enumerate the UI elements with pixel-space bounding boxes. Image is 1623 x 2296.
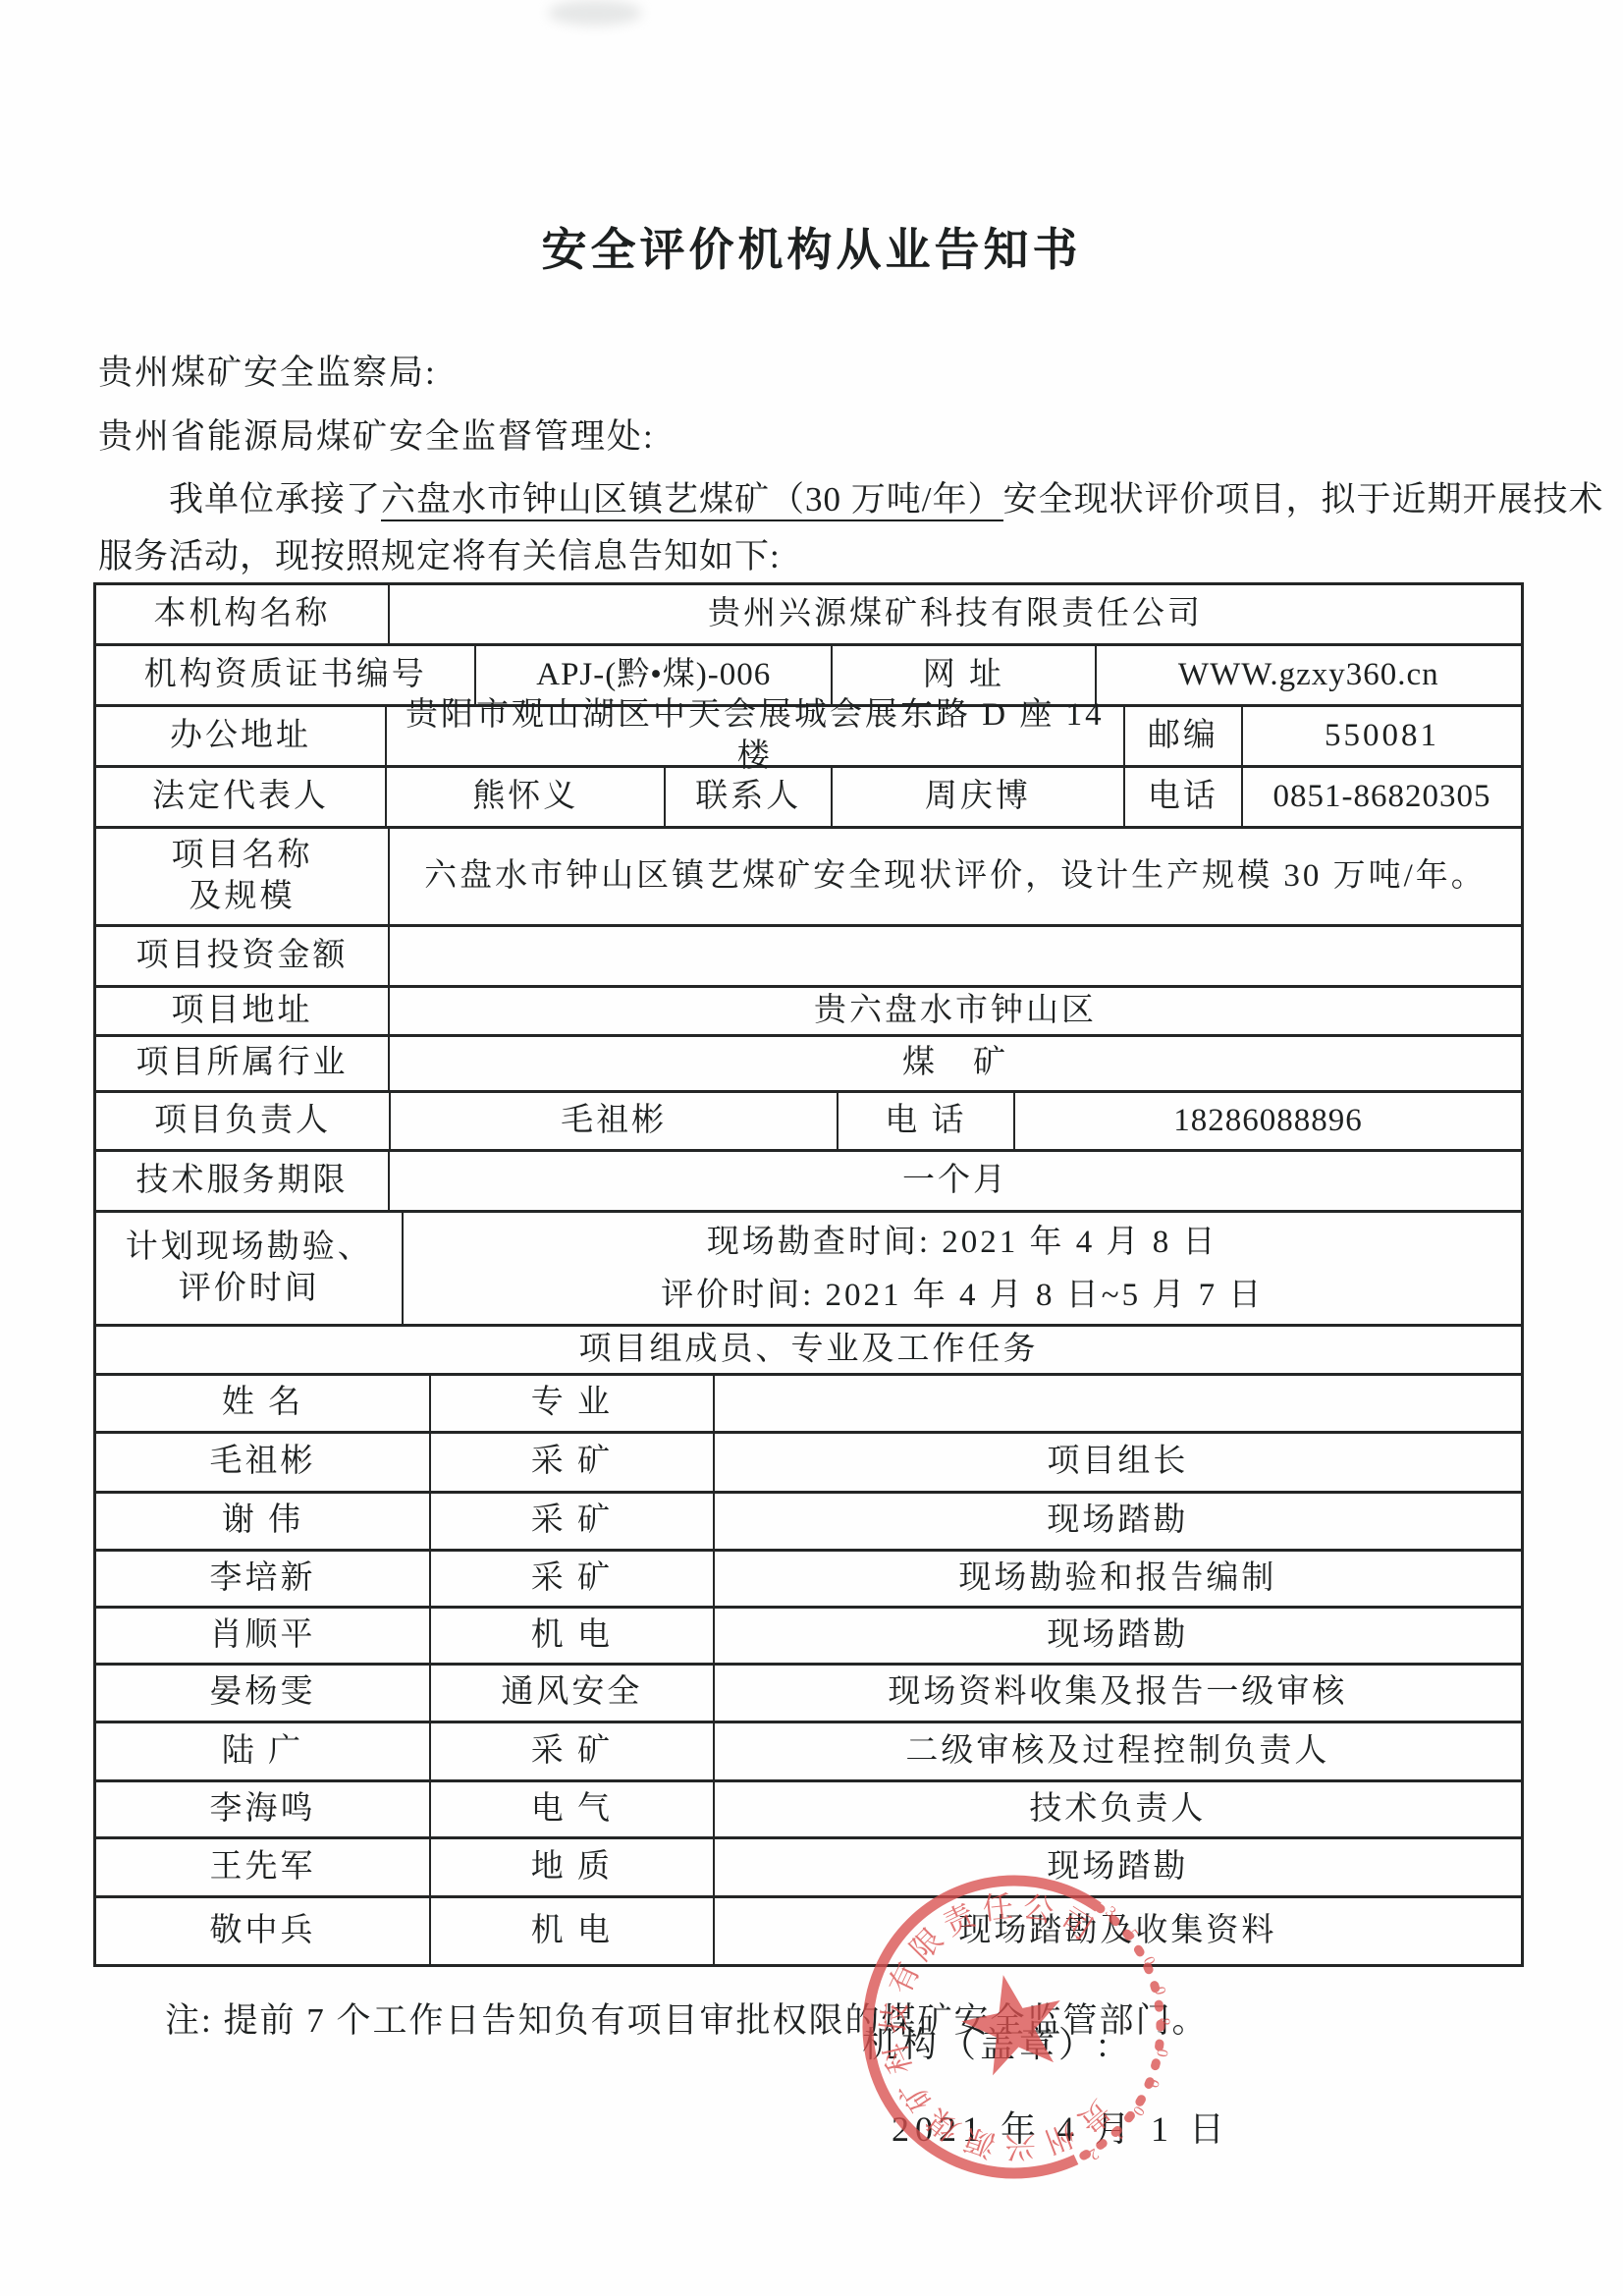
row-team-header: 姓 名 专 业 bbox=[96, 1376, 1521, 1434]
member-major: 采 矿 bbox=[431, 1494, 715, 1549]
document-page: 安全评价机构从业告知书 贵州煤矿安全监察局: 贵州省能源局煤矿安全监督管理处: … bbox=[0, 0, 1623, 2296]
intro-paragraph: 我单位承接了六盘水市钟山区镇艺煤矿（30 万吨/年）安全现状评价项目，拟于近期开… bbox=[98, 471, 1534, 585]
phone-label: 电话 bbox=[1125, 768, 1243, 826]
evaluation-time: 评价时间: 2021 年 4 月 8 日~5 月 7 日 bbox=[661, 1269, 1264, 1322]
industry-value: 煤 矿 bbox=[390, 1037, 1521, 1090]
member-major: 机 电 bbox=[431, 1609, 715, 1663]
info-table: 本机构名称 贵州兴源煤矿科技有限责任公司 机构资质证书编号 APJ-(黔•煤)-… bbox=[93, 582, 1524, 1967]
schedule-label: 计划现场勘验、 评价时间 bbox=[96, 1213, 404, 1324]
office-label: 办公地址 bbox=[96, 707, 387, 765]
member-task: 项目组长 bbox=[715, 1434, 1521, 1491]
star-icon bbox=[954, 1964, 1073, 2079]
schedule-label-line1: 计划现场勘验、 bbox=[126, 1228, 373, 1268]
investment-value bbox=[390, 927, 1521, 985]
row-project-leader: 项目负责人 毛祖彬 电 话 18286088896 bbox=[96, 1093, 1521, 1152]
member-task: 二级审核及过程控制负责人 bbox=[715, 1723, 1521, 1779]
project-leader-label: 项目负责人 bbox=[96, 1093, 391, 1149]
row-office: 办公地址 贵阳市观山湖区中天会展城会展东路 D 座 14 楼 邮编 550081 bbox=[96, 707, 1521, 768]
intro-line-1: 我单位承接了六盘水市钟山区镇艺煤矿（30 万吨/年）安全现状评价项目，拟于近期开… bbox=[98, 471, 1534, 528]
zip-label: 邮编 bbox=[1125, 707, 1243, 765]
project-leader-value: 毛祖彬 bbox=[391, 1093, 839, 1149]
member-name: 李海鸣 bbox=[96, 1782, 431, 1836]
seal-digit: 5 bbox=[1123, 1927, 1141, 1943]
intro-underlined-project: 六盘水市钟山区镇艺煤矿（30 万吨/年） bbox=[381, 480, 1002, 521]
member-name: 王先军 bbox=[96, 1839, 431, 1895]
office-value: 贵阳市观山湖区中天会展城会展东路 D 座 14 楼 bbox=[387, 707, 1125, 765]
team-header-task bbox=[715, 1376, 1521, 1431]
recipient-line-1: 贵州煤矿安全监察局: bbox=[98, 346, 437, 395]
project-name-value: 六盘水市钟山区镇艺煤矿安全现状评价，设计生产规模 30 万吨/年。 bbox=[390, 829, 1521, 924]
member-major: 地 质 bbox=[431, 1839, 715, 1895]
member-name: 陆 广 bbox=[96, 1723, 431, 1779]
legal-rep-label: 法定代表人 bbox=[96, 768, 387, 826]
team-header-major: 专 业 bbox=[431, 1376, 715, 1431]
team-member-row: 李培新 采 矿 现场勘验和报告编制 bbox=[96, 1552, 1521, 1609]
team-member-row: 陆 广 采 矿 二级审核及过程控制负责人 bbox=[96, 1723, 1521, 1782]
member-name: 晏杨雯 bbox=[96, 1666, 431, 1721]
industry-label: 项目所属行业 bbox=[96, 1037, 390, 1090]
recipient-line-2: 贵州省能源局煤矿安全监督管理处: bbox=[98, 410, 655, 459]
member-task: 现场勘验和报告编制 bbox=[715, 1552, 1521, 1606]
intro-prefix: 我单位承接了 bbox=[169, 480, 381, 519]
row-org-name: 本机构名称 贵州兴源煤矿科技有限责任公司 bbox=[96, 585, 1521, 646]
row-legal-rep: 法定代表人 熊怀义 联系人 周庆博 电话 0851-86820305 bbox=[96, 768, 1521, 829]
member-name: 毛祖彬 bbox=[96, 1434, 431, 1491]
member-name: 肖顺平 bbox=[96, 1609, 431, 1663]
member-name: 李培新 bbox=[96, 1552, 431, 1606]
survey-time: 现场勘查时间: 2021 年 4 月 8 日 bbox=[707, 1216, 1218, 1269]
row-service-duration: 技术服务期限 一个月 bbox=[96, 1152, 1521, 1213]
org-name-label: 本机构名称 bbox=[96, 585, 390, 643]
project-address-label: 项目地址 bbox=[96, 988, 390, 1034]
member-major: 采 矿 bbox=[431, 1552, 715, 1606]
org-name-value: 贵州兴源煤矿科技有限责任公司 bbox=[390, 585, 1521, 643]
service-duration-value: 一个月 bbox=[390, 1152, 1521, 1210]
intro-line-2: 服务活动，现按照规定将有关信息告知如下: bbox=[98, 528, 1534, 585]
row-schedule: 计划现场勘验、 评价时间 现场勘查时间: 2021 年 4 月 8 日 评价时间… bbox=[96, 1213, 1521, 1327]
team-member-row: 李海鸣 电 气 技术负责人 bbox=[96, 1782, 1521, 1839]
member-major: 采 矿 bbox=[431, 1434, 715, 1491]
seal-digit: 8 bbox=[1156, 2017, 1172, 2026]
leader-phone-label: 电 话 bbox=[839, 1093, 1015, 1149]
intro-line1-rest: 安全现状评价项目，拟于近期开展技术 bbox=[1003, 480, 1604, 519]
member-major: 机 电 bbox=[431, 1898, 715, 1964]
team-member-row: 肖顺平 机 电 现场踏勘 bbox=[96, 1609, 1521, 1666]
member-task: 技术负责人 bbox=[715, 1782, 1521, 1836]
row-project-name: 项目名称 及规模 六盘水市钟山区镇艺煤矿安全现状评价，设计生产规模 30 万吨/… bbox=[96, 829, 1521, 927]
service-duration-label: 技术服务期限 bbox=[96, 1152, 390, 1210]
row-team-banner: 项目组成员、专业及工作任务 bbox=[96, 1327, 1521, 1376]
legal-rep-value: 熊怀义 bbox=[387, 768, 666, 826]
contact-value: 周庆博 bbox=[833, 768, 1124, 826]
row-project-address: 项目地址 贵六盘水市钟山区 bbox=[96, 988, 1521, 1037]
seal-digit: 0 bbox=[1153, 2048, 1170, 2058]
project-name-label: 项目名称 及规模 bbox=[96, 829, 390, 924]
schedule-label-line2: 评价时间 bbox=[179, 1269, 320, 1309]
member-task: 现场踏勘 bbox=[715, 1609, 1521, 1663]
row-investment: 项目投资金额 bbox=[96, 927, 1521, 988]
website-value: WWW.gzxy360.cn bbox=[1097, 646, 1521, 704]
project-name-label-line2: 及规模 bbox=[189, 877, 295, 917]
phone-value: 0851-86820305 bbox=[1243, 768, 1521, 826]
contact-label: 联系人 bbox=[666, 768, 833, 826]
schedule-value: 现场勘查时间: 2021 年 4 月 8 日 评价时间: 2021 年 4 月 … bbox=[404, 1213, 1521, 1324]
investment-label: 项目投资金额 bbox=[96, 927, 390, 985]
team-member-row: 晏杨雯 通风安全 现场资料收集及报告一级审核 bbox=[96, 1666, 1521, 1723]
official-seal-stamp: 3 5 0 0 8 0 0 0 1 2 贵州兴源煤矿科技有限责任公司 bbox=[855, 1868, 1173, 2186]
project-address-value: 贵六盘水市钟山区 bbox=[390, 988, 1521, 1034]
team-member-row: 毛祖彬 采 矿 项目组长 bbox=[96, 1434, 1521, 1494]
team-banner: 项目组成员、专业及工作任务 bbox=[96, 1327, 1521, 1373]
member-major: 通风安全 bbox=[431, 1666, 715, 1721]
member-task: 现场资料收集及报告一级审核 bbox=[715, 1666, 1521, 1721]
team-header-name: 姓 名 bbox=[96, 1376, 431, 1431]
scan-smudge bbox=[548, 0, 642, 26]
page-title: 安全评价机构从业告知书 bbox=[0, 214, 1623, 279]
zip-value: 550081 bbox=[1243, 707, 1521, 765]
team-member-row: 王先军 地 质 现场踏勘 bbox=[96, 1839, 1521, 1898]
seal-group: 3 5 0 0 8 0 0 0 1 2 贵州兴源煤矿科技有限责任公司 bbox=[864, 1881, 1172, 2177]
leader-phone-value: 18286088896 bbox=[1015, 1093, 1521, 1149]
row-industry: 项目所属行业 煤 矿 bbox=[96, 1037, 1521, 1093]
member-name: 敬中兵 bbox=[96, 1898, 431, 1964]
member-major: 采 矿 bbox=[431, 1723, 715, 1779]
member-name: 谢 伟 bbox=[96, 1494, 431, 1549]
member-task: 现场踏勘 bbox=[715, 1494, 1521, 1549]
team-member-row: 敬中兵 机 电 现场踏勘及收集资料 bbox=[96, 1898, 1521, 1964]
team-member-row: 谢 伟 采 矿 现场踏勘 bbox=[96, 1494, 1521, 1552]
project-name-label-line1: 项目名称 bbox=[171, 836, 312, 876]
member-major: 电 气 bbox=[431, 1782, 715, 1836]
